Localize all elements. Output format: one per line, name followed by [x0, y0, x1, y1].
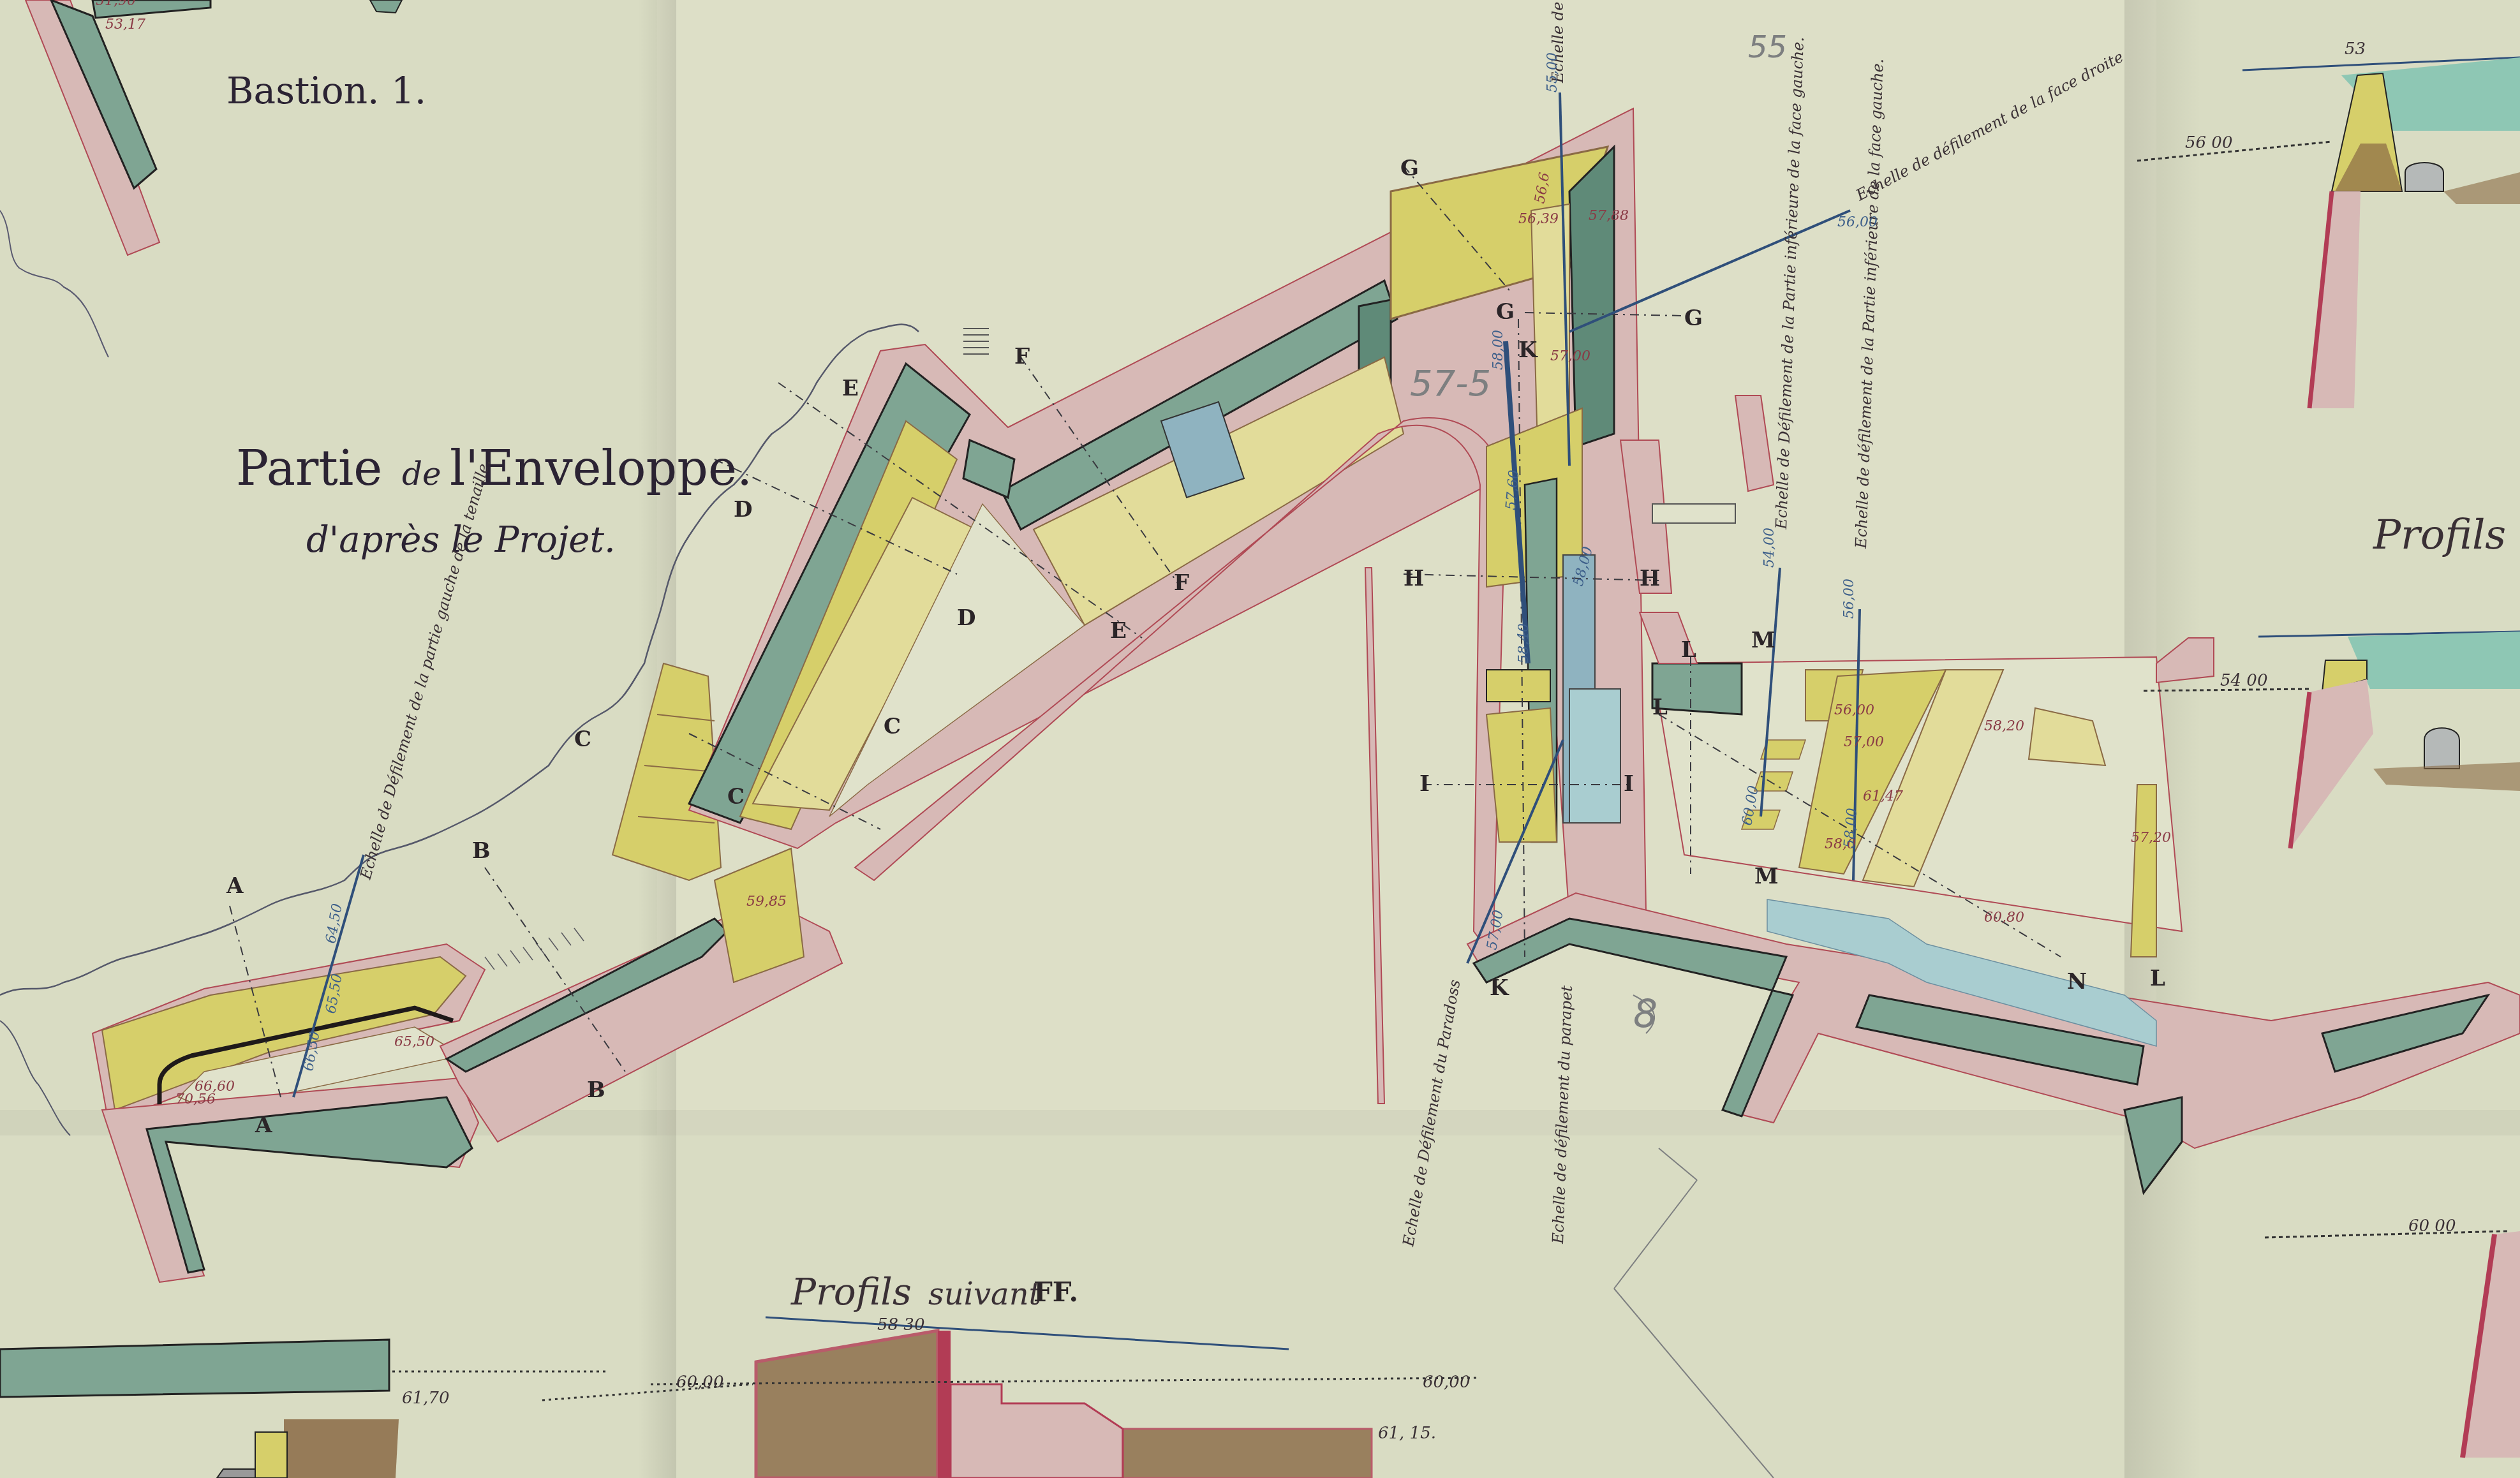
profile-elev-53: 53 [2345, 40, 2366, 59]
label-l-right: L [2150, 966, 2165, 991]
elev-58-40: 58,40 [1516, 623, 1532, 663]
profile-elev-60-00-right: 60 00 [2408, 1216, 2456, 1236]
elev-60-80: 60,80 [1984, 910, 2024, 926]
label-c-left: C [574, 727, 591, 752]
elev-61-47: 61,47 [1863, 788, 1903, 804]
profile-elev-60-00-a: 60,00 [676, 1373, 723, 1392]
main-title-de: de [402, 455, 441, 492]
profile-right-label: Profils [2373, 512, 2506, 559]
bastion-title: Bastion. 1. [226, 69, 426, 112]
label-k-bottom: K [1490, 975, 1509, 1001]
label-b-bottom: B [587, 1077, 605, 1103]
elev-58-20: 58,20 [1984, 718, 2024, 734]
label-h-right: H [1640, 566, 1660, 591]
profile-ff-label-b: suivant [928, 1276, 1042, 1312]
label-a-bottom: A [255, 1112, 272, 1138]
elev-51-90: 51,90 [96, 0, 136, 9]
profile-elev-61-15: 61, 15. [1378, 1424, 1436, 1443]
label-n-bottom: N [2067, 969, 2087, 994]
label-i-left: I [1419, 771, 1430, 797]
elev-58-00-k: 58,00 [1490, 330, 1506, 370]
label-a-top: A [226, 873, 244, 899]
label-h-left: H [1404, 566, 1424, 591]
profile-elev-58-30: 58 30 [877, 1315, 924, 1334]
label-e-top: E [842, 376, 859, 401]
label-l-mid: L [1652, 695, 1668, 720]
profile-elev-56-00: 56 00 [2185, 133, 2232, 152]
fortification-plan-sheet: Bastion. 1. Partie de l'Enveloppe. d'apr… [0, 0, 2520, 1478]
elev-55-00: 55,00 [1545, 52, 1560, 92]
label-c-mid: C [727, 784, 745, 809]
label-m-top: M [1751, 628, 1775, 653]
elev-70-56: 70,56 [175, 1091, 216, 1107]
elev-57-00-red: 57,00 [1844, 734, 1884, 750]
label-m-bottom: M [1754, 864, 1779, 889]
label-g-right: G [1684, 306, 1703, 331]
profile-elev-60-00-b: 60,00 [1423, 1373, 1470, 1392]
plan-drawing: Bastion. 1. Partie de l'Enveloppe. d'apr… [0, 0, 2520, 1478]
profile-elev-61-70: 61,70 [402, 1389, 449, 1408]
elev-57-20: 57,20 [2131, 830, 2171, 846]
label-g-left: G [1400, 156, 1419, 181]
label-d-top: D [734, 497, 752, 522]
profile-ff-label-c: FF. [1034, 1276, 1078, 1308]
pencil-55: 55 [1748, 29, 1787, 65]
pencil-57-5: 57-5 [1410, 363, 1491, 404]
label-c-right: C [884, 714, 901, 739]
label-d-bottom: D [957, 605, 975, 631]
elev-56-00-r: 56,00 [1841, 579, 1857, 619]
elev-53-17: 53,17 [105, 17, 145, 33]
label-f-bottom: F [1174, 570, 1189, 596]
profile-elev-54-00: 54 00 [2220, 671, 2267, 690]
elev-59-85: 59,85 [746, 894, 787, 910]
elev-54-00: 54,00 [1761, 528, 1777, 568]
label-i-right: I [1624, 771, 1634, 797]
elev-57-00: 57,00 [1550, 348, 1590, 364]
label-f-top: F [1014, 344, 1030, 369]
label-e-bottom: E [1110, 618, 1127, 644]
main-title-partie: Partie [236, 440, 382, 496]
elev-56-00-blue: 56,00 [1837, 214, 1878, 230]
elev-57-88: 57,88 [1589, 208, 1629, 224]
label-g-mid: G [1496, 299, 1515, 325]
pencil-8: 8 [1633, 992, 1657, 1037]
label-l-top: L [1681, 637, 1696, 663]
profile-ff-label-a: Profils [790, 1270, 912, 1313]
elev-56-39: 56,39 [1518, 211, 1559, 227]
label-k-top: K [1518, 337, 1538, 363]
label-b-top: B [472, 838, 491, 864]
main-title-enveloppe: l'Enveloppe. [450, 440, 752, 496]
elev-56-red: 56,00 [1834, 702, 1874, 718]
elev-65-50-red: 65,50 [394, 1034, 434, 1050]
